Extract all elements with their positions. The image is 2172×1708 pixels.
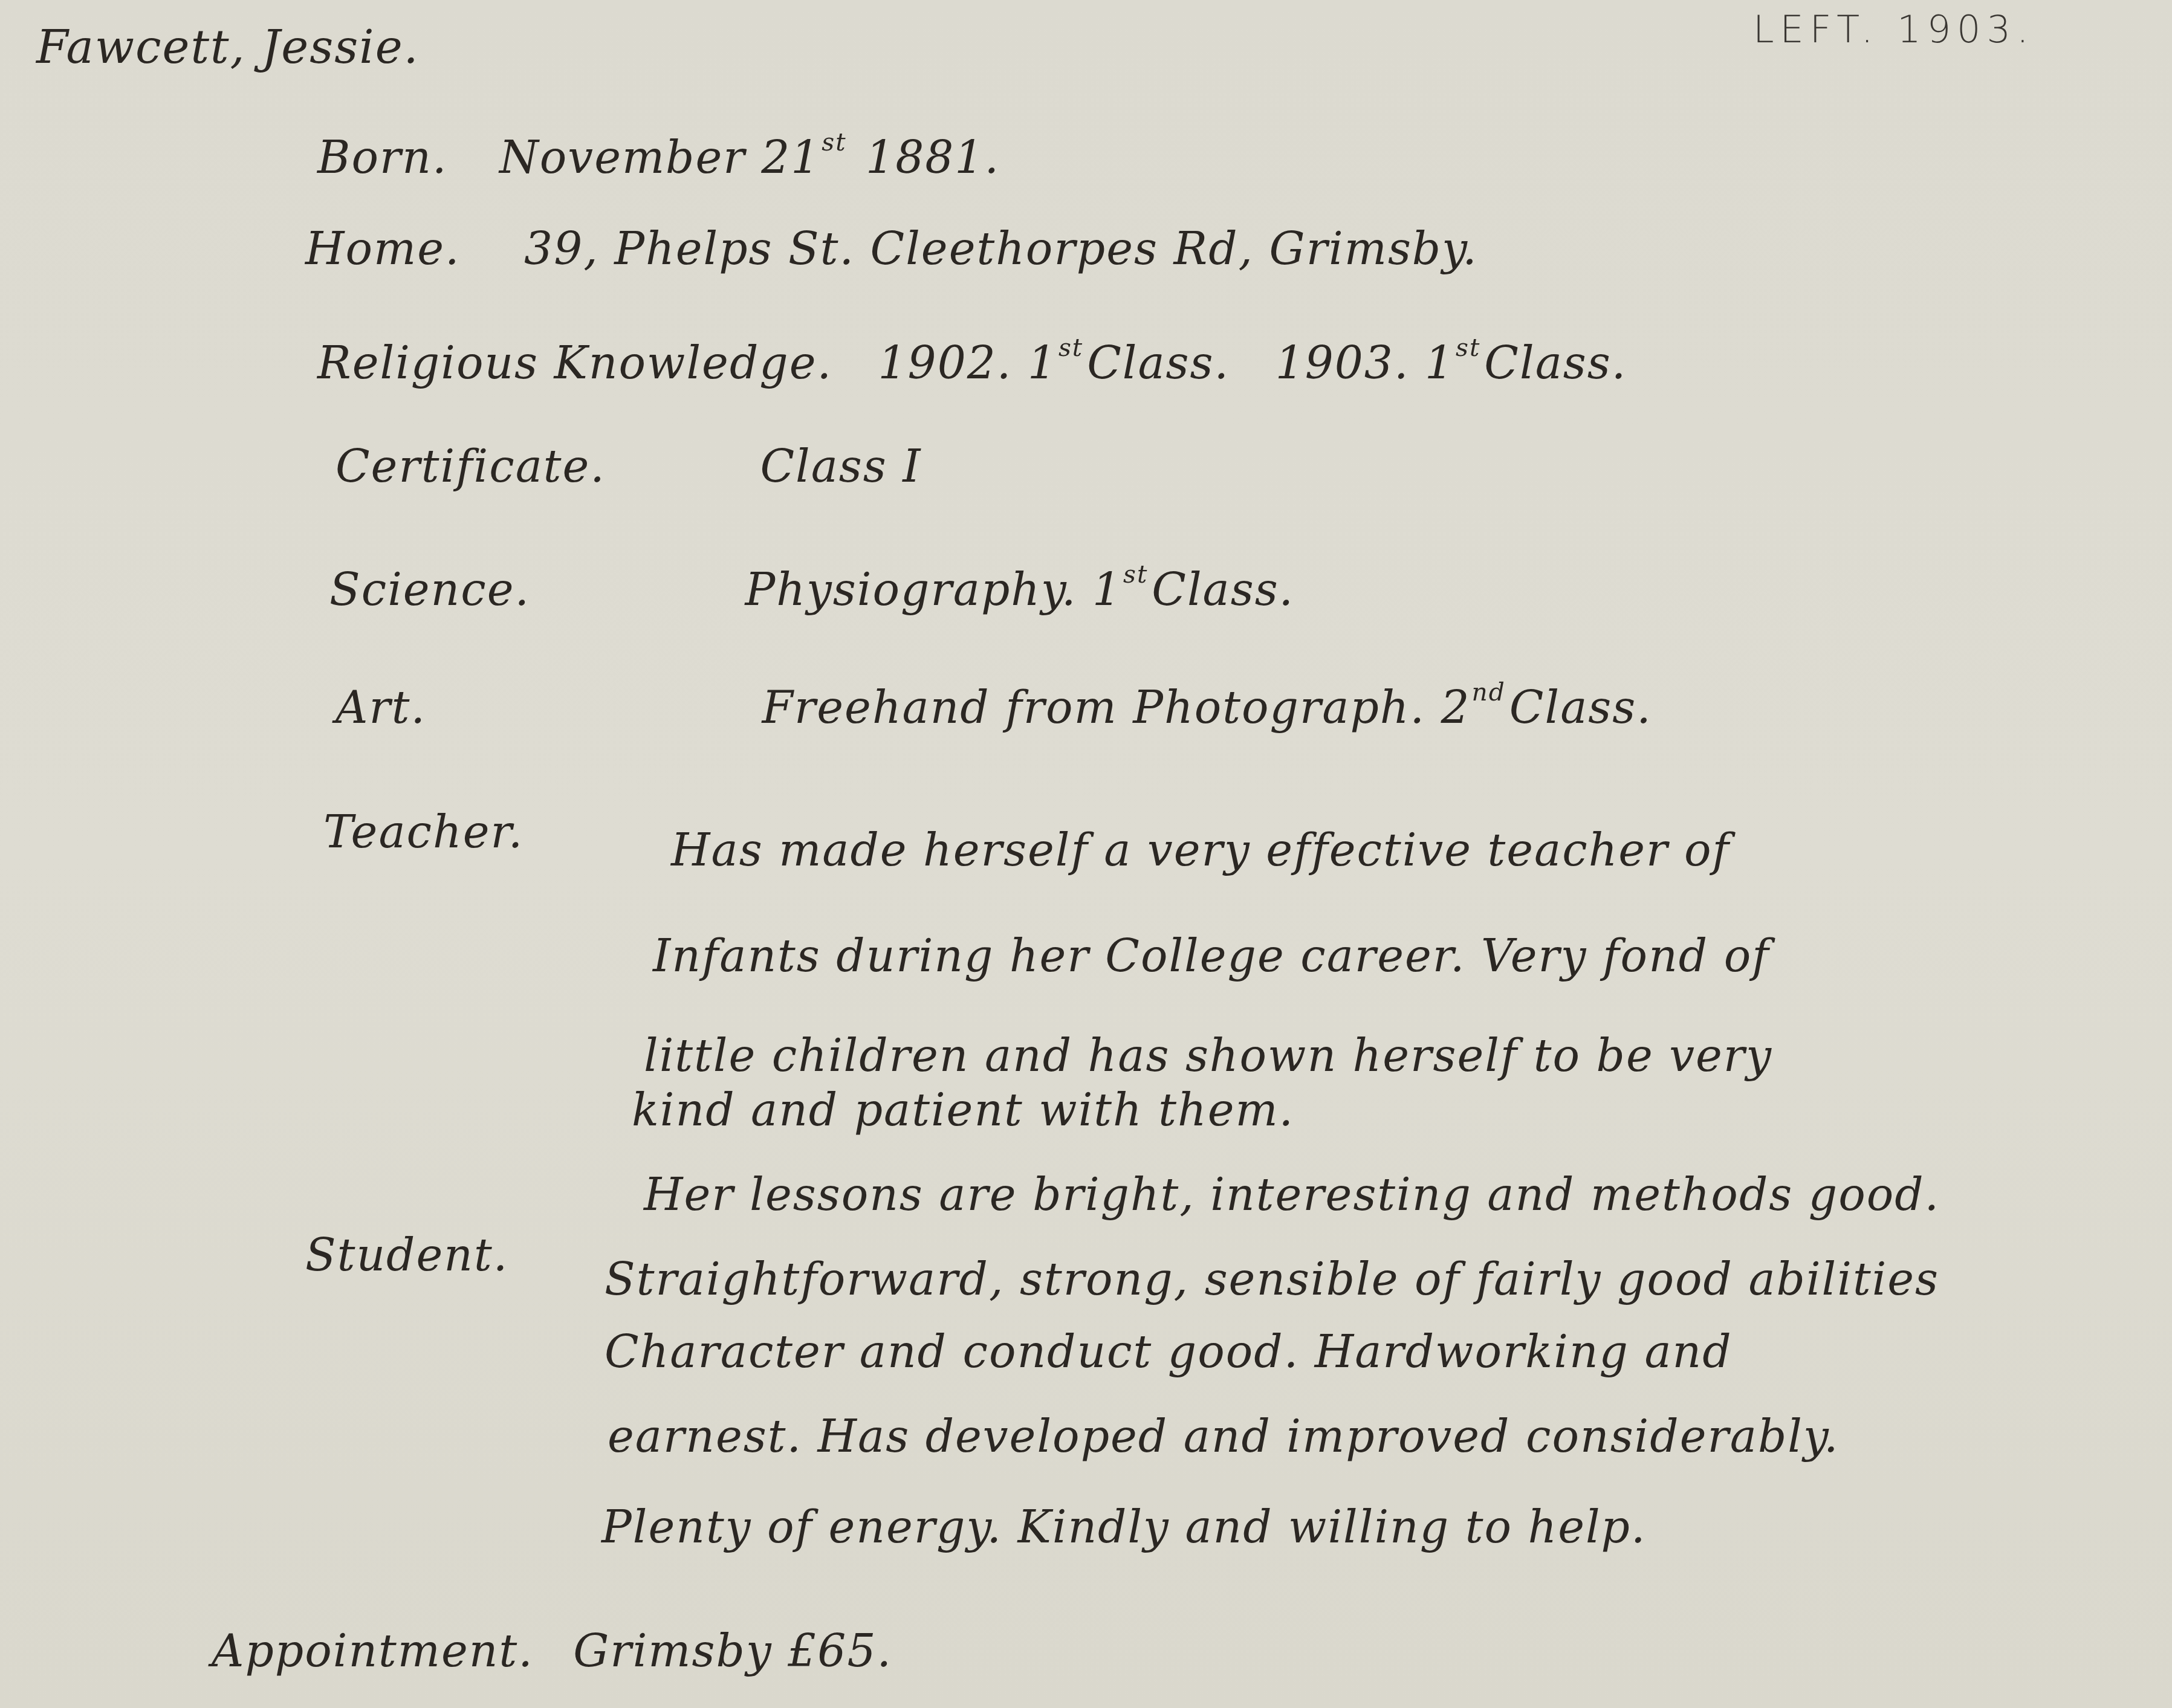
student-label: Student.	[305, 1233, 508, 1278]
art-label: Art.	[336, 682, 426, 734]
teacher-remark-line: Infants during her College career. Very …	[653, 934, 1770, 979]
science-value: Physiography. 1stClass.	[745, 564, 1295, 616]
appointment-value: Grimsby £65.	[573, 1625, 892, 1677]
home-row: Home. 39, Phelps St. Cleethorpes Rd, Gri…	[305, 227, 1478, 271]
certificate-row: Certificate. Class I	[336, 444, 922, 489]
appointment-label: Appointment.	[212, 1625, 534, 1677]
teacher-remark-line: little children and has shown herself to…	[644, 1034, 1772, 1078]
teacher-remark-line: Has made herself a very effective teache…	[671, 828, 1730, 873]
religious-knowledge-row: Religious Knowledge. 1902. 1stClass. 190…	[317, 335, 1627, 386]
certificate-value: Class I	[760, 441, 921, 493]
student-name: Fawcett, Jessie.	[36, 24, 420, 70]
student-remark-line: Straightforward, strong, sensible of fai…	[605, 1257, 1939, 1302]
teacher-remark-line: kind and patient with them.	[632, 1088, 1294, 1133]
religious-knowledge-1903: 1903. 1stClass.	[1276, 337, 1627, 389]
science-row: Science. Physiography. 1stClass.	[329, 562, 1294, 612]
science-label: Science.	[329, 564, 530, 616]
home-label: Home.	[305, 223, 461, 275]
religious-knowledge-1902: 1902. 1stClass.	[878, 337, 1230, 389]
art-value: Freehand from Photograph. 2ndClass.	[762, 682, 1652, 734]
certificate-label: Certificate.	[336, 441, 606, 493]
student-remark-line: earnest. Has developed and improved cons…	[608, 1414, 1839, 1459]
appointment-row: Appointment. Grimsby £65.	[212, 1629, 892, 1674]
teacher-label: Teacher.	[323, 810, 524, 855]
home-value: 39, Phelps St. Cleethorpes Rd, Grimsby.	[524, 223, 1478, 275]
teacher-remark-line: Her lessons are bright, interesting and …	[644, 1173, 1940, 1217]
record-card: Fawcett, Jessie. LEFT. 1903. Born. Novem…	[0, 0, 2172, 1708]
born-label: Born.	[317, 132, 448, 184]
born-value: November 21st 1881.	[499, 132, 1000, 184]
left-year: LEFT. 1903.	[1753, 11, 2035, 48]
student-remark-line: Character and conduct good. Hardworking …	[605, 1330, 1733, 1374]
art-row: Art. Freehand from Photograph. 2ndClass.	[336, 680, 1652, 730]
born-row: Born. November 21st 1881.	[317, 130, 1000, 180]
student-remark-line: Plenty of energy. Kindly and willing to …	[601, 1505, 1646, 1550]
religious-knowledge-label: Religious Knowledge.	[317, 337, 832, 389]
